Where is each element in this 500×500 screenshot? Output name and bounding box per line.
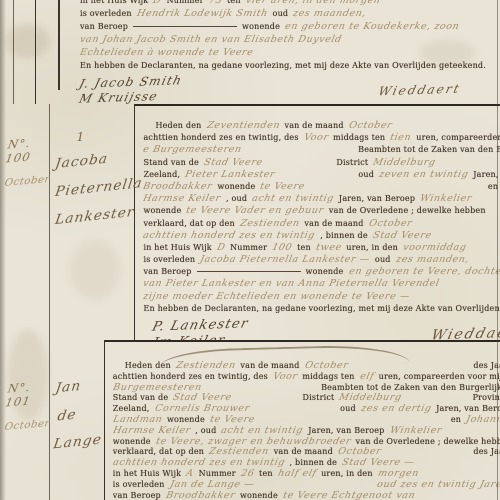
form-line: is overledenHendrik Lodewijk Smithoudzes… — [80, 7, 486, 20]
printed-text: Heden den — [155, 120, 201, 132]
handwritten-text: e Burgemeesteren — [143, 144, 243, 156]
handwritten-text: Hendrik Lodewijk Smith — [135, 7, 269, 20]
register-page: in het Huis WijkDNummer73tenvier uren, i… — [0, 0, 500, 500]
printed-text: wonende — [218, 181, 256, 193]
form-line: Zeeland,Pieter Lankesteroudzeven en twin… — [143, 169, 500, 181]
printed-text: Beambten tot de Zaken van den Burgerlijk… — [321, 383, 500, 394]
handwritten-text: en geboren te Veere, dochter — [347, 266, 500, 278]
declarant-signature: M Kruijsse — [78, 88, 184, 104]
printed-text: , oud — [226, 193, 247, 205]
handwritten-text: van Pieter Lankester en van Anna Pietern… — [143, 278, 441, 290]
handwritten-text: te Veere Echtgenoot van — [282, 491, 416, 500]
handwritten-text: zijne moeder Echtelieden en wonende te V… — [143, 291, 411, 303]
printed-text: Stand van de — [113, 393, 169, 404]
printed-text: Heden den — [125, 361, 171, 372]
printed-text: Provincie — [473, 393, 500, 404]
printed-text: wonende — [113, 437, 151, 448]
printed-text: uren, compareerden voor mij — [416, 132, 500, 144]
form-line: Stand van deStad VeereDistrictMiddelburg… — [113, 393, 500, 404]
margin-column: N°. 101October — [0, 340, 50, 500]
handwritten-text: D — [216, 242, 227, 254]
handwritten-text: Stad Veere — [172, 393, 233, 404]
margin-number: N°. 100 — [4, 135, 52, 166]
record: N°. 101OctoberJande LangeHeden denZestie… — [0, 340, 500, 500]
printed-text: oud — [340, 404, 356, 415]
handwritten-text: tien — [389, 132, 413, 144]
records: in het Huis WijkDNummer73tenvier uren, i… — [0, 0, 500, 500]
printed-text: en — [488, 181, 498, 193]
printed-text: oud — [358, 169, 374, 181]
tally-mark: 1 — [76, 130, 134, 144]
printed-text: District — [336, 157, 368, 169]
record-body: Heden denZestiendenvan de maandOctoberde… — [105, 340, 500, 500]
form-line: achttien honderd zes en twintig, desVoor… — [143, 132, 500, 144]
printed-text: is overleden — [143, 254, 195, 266]
printed-text: in het Huis Wijk — [143, 242, 211, 254]
signature-row: P. LankesterJm KeilerWieddaert — [143, 318, 500, 340]
deceased-name: de Lange — [52, 398, 108, 459]
record: N°. 100October1JacobaPieternellaLankeste… — [0, 104, 500, 340]
printed-text: En hebben de Declaranten, na gedane voor… — [80, 59, 486, 72]
handwritten-text: Echtelieden à wonende te Veere — [80, 46, 255, 59]
form-line: van Beroepwonendeen geboren te Veere, do… — [143, 266, 500, 278]
form-line: is overledenJacoba Pieternella Lankester… — [143, 254, 500, 266]
printed-text: verklaard, dat op den — [113, 447, 204, 458]
handwritten-text: Johannis — [465, 415, 500, 426]
handwritten-text: Cornelis Brouwer — [153, 404, 250, 415]
printed-text: Zeeland, — [113, 404, 150, 415]
handwritten-text: Broodbakker — [143, 181, 213, 193]
handwritten-text: Zestienden — [208, 447, 270, 458]
printed-text: achttien honderd zes en twintig, des — [113, 372, 268, 383]
printed-text: oud — [375, 254, 391, 266]
handwritten-text: Middelburg — [338, 393, 403, 404]
margin-column: N°. 100October — [0, 104, 50, 340]
printed-text: uren, in den — [346, 242, 398, 254]
margin-date: October — [4, 418, 51, 433]
name-column — [14, 0, 36, 104]
printed-text: ten — [227, 0, 241, 7]
deceased-name: Jan — [54, 370, 106, 403]
handwritten-text: zes maanden, — [292, 7, 368, 20]
printed-text: des Jaars — [473, 447, 500, 458]
handwritten-text: achttien honderd zes en twintig — [143, 230, 316, 242]
handwritten-text: Stad Veere — [203, 157, 264, 169]
handwritten-text: 26 — [240, 469, 256, 480]
handwritten-text: acht en twintig — [251, 193, 335, 205]
handwritten-text: October — [347, 120, 393, 132]
handwritten-text: Jan de Lange — — [168, 480, 254, 491]
form-line: in het Huis WijkDNummer73tenvier uren, i… — [80, 0, 486, 7]
form-line: achttien honderd zes en twintig, binnen … — [113, 458, 500, 469]
printed-text: uren, in den — [321, 469, 373, 480]
handwritten-text: Voor — [302, 132, 329, 144]
handwritten-text: twee — [314, 242, 342, 254]
handwritten-text: en geboren te Koudekerke, zoon — [284, 20, 461, 33]
form-line: van Pieter Lankester en van Anna Pietern… — [143, 278, 500, 290]
handwritten-text: Zeventienden — [205, 120, 281, 132]
handwritten-text: October — [367, 218, 413, 230]
printed-text: van de Overledene ; dewelke hebben — [329, 205, 486, 217]
printed-text: verklaard, dat op den — [143, 218, 234, 230]
handwritten-text: Burgemeesteren — [113, 383, 203, 394]
handwritten-text: te Veere Vader en gebuur — [185, 205, 325, 217]
handwritten-text: Pieter Lankester — [184, 169, 277, 181]
printed-text: van de maand — [284, 120, 343, 132]
form-line: En hebben de Declaranten, na gedane voor… — [80, 59, 486, 72]
form-line: Echtelieden à wonende te Veere — [80, 46, 486, 59]
signatures-left: P. LankesterJm Keiler — [153, 318, 248, 340]
form-line: Heden denZestiendenvan de maandOctoberde… — [113, 361, 500, 372]
handwritten-text: October — [337, 447, 382, 458]
blank-line — [133, 26, 237, 27]
form-line: achttien honderd zes en twintig, desVoor… — [113, 372, 500, 383]
printed-text: Jaren, van Beroep — [473, 169, 500, 181]
handwritten-text: achttien honderd zes en twintig — [113, 458, 286, 469]
printed-text: des Jaars — [473, 361, 500, 372]
record-body: Heden denZeventiendenvan de maandOctober… — [135, 104, 500, 340]
handwritten-text: A — [185, 469, 195, 480]
printed-text: ten — [259, 469, 273, 480]
handwritten-text: October — [303, 361, 348, 372]
printed-text: in het Huis Wijk — [80, 0, 148, 7]
printed-text: wonende — [242, 20, 280, 33]
name-column: 1JacobaPieternellaLankester — [50, 104, 135, 340]
handwritten-text: 73 — [207, 0, 223, 7]
handwritten-text: 100 — [271, 242, 294, 254]
handwritten-text: elf — [358, 372, 374, 383]
handwritten-text: zes en dertig — [360, 404, 433, 415]
name-column: Jande Lange — [50, 340, 104, 500]
margin-number: N°. 101 — [4, 379, 52, 410]
record-body: in het Huis WijkDNummer73tenvier uren, i… — [36, 0, 500, 104]
form-line: verklaard, dat op denZestiendenvan de ma… — [143, 218, 500, 230]
printed-text: wonende — [306, 266, 344, 278]
handwritten-text: Middelburg — [372, 157, 437, 169]
printed-text: oud — [273, 7, 289, 20]
handwritten-text: Winkelier — [419, 193, 473, 205]
form-line: verklaard, dat op denZestiendenvan de ma… — [113, 447, 500, 458]
printed-text: Nummer — [167, 0, 204, 7]
printed-text: van de maand — [304, 218, 363, 230]
record: in het Huis WijkDNummer73tenvier uren, i… — [0, 0, 500, 104]
printed-text: Nummer — [199, 469, 236, 480]
blank-line — [197, 271, 301, 272]
form-line: wonendete Veere, zwager en behuwdbroeder… — [113, 437, 500, 448]
handwritten-text: Harmse Keiler — [143, 193, 222, 205]
handwritten-text: zeven en twintig — [378, 169, 470, 181]
printed-text: Beambten tot de Zaken van den Burgerlijk… — [358, 144, 500, 156]
form-line: van BeroepBroodbakkerwonendete Veere Ech… — [113, 491, 500, 500]
printed-text: van Beroep — [113, 491, 161, 500]
printed-text: Jaren, van Beroep — [308, 426, 384, 437]
handwritten-text: Voor — [272, 372, 299, 383]
printed-text: District — [302, 393, 334, 404]
handwritten-text: Harmse Keiler — [113, 426, 192, 437]
form-line: zijne moeder Echtelieden en wonende te V… — [143, 291, 500, 303]
printed-text: van de maand — [240, 361, 299, 372]
handwritten-text: Zestienden — [239, 218, 301, 230]
form-line: Heden denZeventiendenvan de maandOctober… — [143, 120, 500, 132]
printed-text: Zeeland, — [143, 169, 180, 181]
form-line: Harmse Keiler, oudacht en twintigJaren, … — [143, 193, 500, 205]
printed-text: in het Huis Wijk — [113, 469, 181, 480]
form-line: wonendete Veere Vader en gebuurvan de Ov… — [143, 205, 500, 217]
form-line: Stand van deStad VeereDistrictMiddelburg… — [143, 157, 500, 169]
printed-text: Jaren, van Beroep — [436, 404, 500, 415]
printed-text: , binnen de — [290, 458, 338, 469]
handwritten-text: voormiddag — [402, 242, 468, 254]
handwritten-text: half elf — [277, 469, 318, 480]
printed-text: ten — [297, 242, 311, 254]
printed-text: van Beroep — [143, 266, 191, 278]
form-line: Landmanwonendete VeereenJohannis — [113, 415, 500, 426]
printed-text: is overleden — [80, 7, 132, 20]
handwritten-text: morgen — [377, 469, 420, 480]
form-line: BurgemeesterenBeambten tot de Zaken van … — [113, 383, 500, 394]
handwritten-text: te Veere, zwager en behuwdbroeder — [155, 437, 352, 448]
form-line: e BurgemeesterenBeambten tot de Zaken va… — [143, 144, 500, 156]
printed-text: , binnen de — [320, 230, 368, 242]
printed-text: van de maand — [274, 447, 333, 458]
printed-text: wonende — [240, 491, 278, 500]
handwritten-text: Stad Veere — [371, 230, 432, 242]
printed-text: Jaren, van Beroep — [339, 193, 415, 205]
form-line: van Johan Jacob Smith en van Elisabeth D… — [80, 33, 486, 46]
printed-text: En hebben de Declaranten, na gedane voor… — [143, 303, 500, 315]
printed-text: , oud — [195, 426, 216, 437]
handwritten-text: Jacoba Pieternella Lankester — — [199, 254, 371, 266]
printed-text: uren, compareerden voor mij — [379, 372, 500, 383]
form-line: achttien honderd zes en twintig, binnen … — [143, 230, 500, 242]
signature-row: J. Jacob SmithM KruijsseWieddaert — [80, 75, 486, 104]
printed-text: middags ten — [302, 372, 354, 383]
handwritten-text: Winkelier — [388, 426, 442, 437]
handwritten-text: te Veere — [259, 181, 306, 193]
printed-text: wonende — [167, 415, 205, 426]
handwritten-text: acht en twintig — [220, 426, 304, 437]
form-line: in het Huis WijkANummer26tenhalf elfuren… — [113, 469, 500, 480]
handwritten-text: Zestienden — [175, 361, 237, 372]
form-line: En hebben de Declaranten, na gedane voor… — [143, 303, 500, 315]
printed-text: en — [451, 415, 461, 426]
printed-text: achttien honderd zes en twintig, des — [143, 132, 298, 144]
handwritten-text: Broodbakker — [165, 491, 236, 500]
printed-text: van Beroep — [80, 20, 128, 33]
official-signature: Wieddaert — [429, 324, 500, 340]
form-line: Broodbakkerwonendete VeereenJohannis — [143, 181, 500, 193]
form-line: van Beroepwonendeen geboren te Koudekerk… — [80, 20, 486, 33]
form-line: is overledenJan de Lange —oud zes en twi… — [113, 480, 500, 491]
handwritten-text: Landman — [113, 415, 163, 426]
printed-text: middags ten — [333, 132, 385, 144]
printed-text: Nummer — [230, 242, 267, 254]
printed-text: wonende — [143, 205, 181, 217]
printed-text: Stand van de — [143, 157, 199, 169]
handwritten-text: vier uren, in den morgen — [244, 0, 381, 7]
form-line: Harmse Keiler, oudacht en twintigJaren, … — [113, 426, 500, 437]
margin-date: October — [4, 174, 51, 189]
handwritten-text: van Johan Jacob Smith en van Elisabeth D… — [80, 33, 343, 46]
form-line: in het Huis WijkDNummer100tentweeuren, i… — [143, 242, 500, 254]
handwritten-text: D — [152, 0, 163, 7]
handwritten-text: zes maanden, — [394, 254, 470, 266]
printed-text: is overleden — [113, 480, 165, 491]
handwritten-text: te Veere — [209, 415, 256, 426]
signatures-left: J. Jacob SmithM Kruijsse — [80, 75, 182, 104]
handwritten-text: oud zes en twintig Jaren, — [376, 480, 500, 491]
margin-column — [0, 0, 14, 104]
handwritten-text: Stad Veere — — [341, 458, 416, 469]
form-line: Zeeland,Cornelis Brouweroudzes en dertig… — [113, 404, 500, 415]
printed-text: van de Overledene ; dewelke hebben — [356, 437, 500, 448]
official-signature: Wieddaert — [377, 81, 463, 98]
